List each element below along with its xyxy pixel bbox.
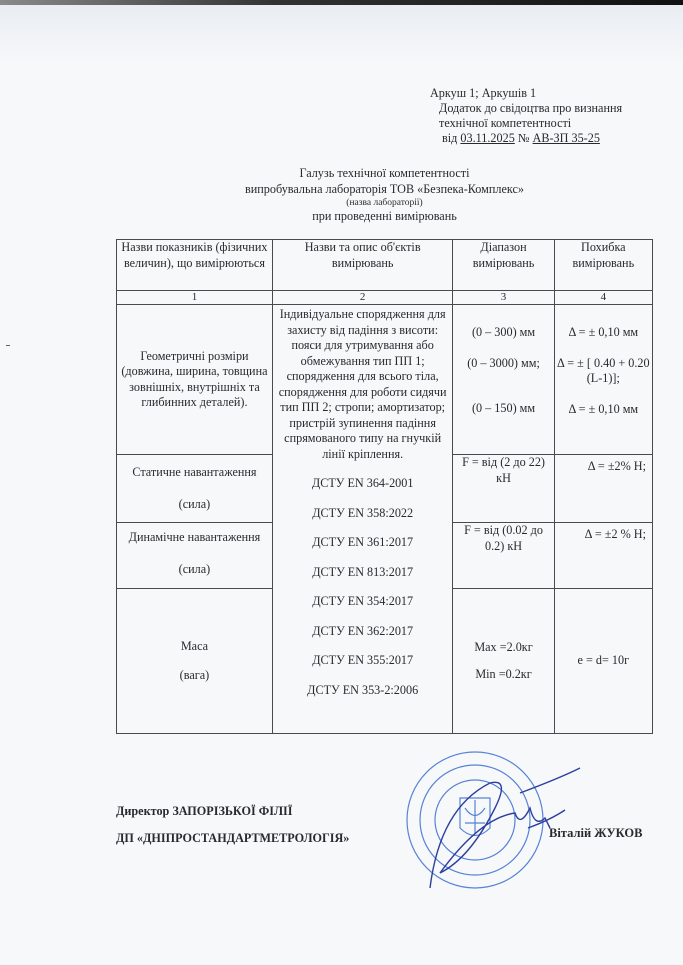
appendix-line1: Додаток до свідоцтва про визнання [430, 101, 622, 116]
quantity-cell: Динамічне навантаження (сила) [117, 523, 273, 589]
appendix-date-line: від 03.11.2025 № АВ-ЗП 35-25 [430, 131, 622, 146]
range-cell: F = від (0.02 до 0.2) кН [453, 523, 554, 589]
quantity-cell: Геометричні розміри (довжина, ширина, то… [117, 305, 273, 455]
error-cell: Δ = ±2 % Н; [554, 523, 652, 589]
error-cell: Δ = ± 0,10 мм Δ = ± [ 0.40 + 0.20 (L-1)]… [554, 305, 652, 455]
column-header: Похибка вимірювань [554, 240, 652, 291]
certificate-date: 03.11.2025 [460, 131, 514, 145]
range-cell: (0 – 300) мм (0 – 3000) мм; (0 – 150) мм [453, 305, 554, 455]
error-cell: Δ = ±2% Н; [554, 455, 652, 523]
object-description: Індивідуальне спорядження для захисту ві… [274, 307, 452, 462]
standard: ДСТУ EN 362:2017 [274, 624, 452, 640]
signatory-title: Директор ЗАПОРІЗЬКОЇ ФІЛІЇ ДП «ДНІПРОСТА… [116, 798, 349, 852]
standard: ДСТУ EN 813:2017 [274, 565, 452, 581]
official-stamp-icon [400, 748, 600, 893]
standard: ДСТУ EN 358:2022 [274, 506, 452, 522]
column-header: Діапазон вимірювань [453, 240, 554, 291]
standard: ДСТУ EN 353-2:2006 [274, 683, 452, 699]
quantity-cell: Маса (вага) [117, 589, 273, 734]
range-cell: Max =2.0кг Min =0.2кг [453, 589, 554, 734]
error-cell: e = d= 10г [554, 589, 652, 734]
standard: ДСТУ EN 361:2017 [274, 535, 452, 551]
column-number-row: 1 2 3 4 [117, 291, 653, 305]
quantity-cell: Статичне навантаження (сила) [117, 455, 273, 523]
standard: ДСТУ EN 355:2017 [274, 653, 452, 669]
sheet-info: Аркуш 1; Аркушів 1 [430, 86, 622, 101]
document-title: Галузь технічної компетентності випробув… [116, 166, 653, 225]
column-header: Назви та опис об'єктів вимірювань [272, 240, 453, 291]
range-cell: F = від (2 до 22) кН [453, 455, 554, 523]
standard: ДСТУ EN 364-2001 [274, 476, 452, 492]
objects-cell: Індивідуальне спорядження для захисту ві… [272, 305, 453, 734]
laboratory-name: випробувальна лабораторія ТОВ «Безпека-К… [116, 182, 653, 198]
scan-mark [6, 345, 10, 346]
table-header-row: Назви показників (фізичних величин), що … [117, 240, 653, 291]
table-row: Геометричні розміри (довжина, ширина, то… [117, 305, 653, 455]
standard: ДСТУ EN 354:2017 [274, 594, 452, 610]
appendix-line2: технічної компетентності [430, 116, 622, 131]
appendix-header: Аркуш 1; Аркушів 1 Додаток до свідоцтва … [430, 86, 622, 146]
scan-shadow [0, 5, 683, 65]
competence-table: Назви показників (фізичних величин), що … [116, 239, 653, 734]
signatory-name: Віталій ЖУКОВ [549, 826, 642, 841]
certificate-number: АВ-ЗП 35-25 [533, 131, 600, 145]
column-header: Назви показників (фізичних величин), що … [117, 240, 273, 291]
